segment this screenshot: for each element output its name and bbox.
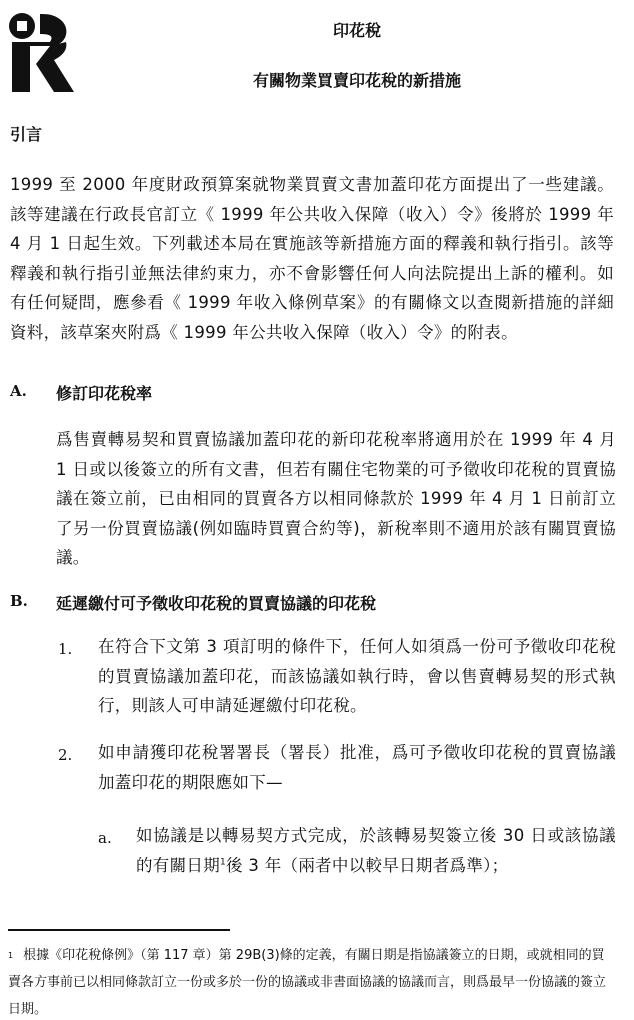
document-subtitle: 有關物業買賣印花稅的新措施 <box>140 68 574 91</box>
item-2a-paragraph: 如協議是以轉易契方式完成，於該轉易契簽立後 30 日或該協議的有關日期1後 3 … <box>136 821 616 880</box>
section-a-label: A. <box>10 382 27 400</box>
intro-heading: 引言 <box>10 122 42 145</box>
item-2a-text-after: 後 3 年（兩者中以較早日期者爲準）； <box>226 856 508 875</box>
intro-paragraph: 1999 至 2000 年度財政預算案就物業買賣文書加蓋印花方面提出了一些建議。… <box>10 170 614 347</box>
item-1-number: 1. <box>58 640 72 658</box>
item-2-paragraph: 如申請獲印花稅署署長（署長）批准，爲可予徵收印花稅的買賣協議加蓋印花的期限應如下… <box>98 738 616 797</box>
section-a-paragraph: 爲售賣轉易契和買賣協議加蓋印花的新印花稅率將適用於在 1999 年 4 月 1 … <box>56 425 616 573</box>
document-title: 印花稅 <box>140 18 574 41</box>
section-b-heading: 延遲繳付可予徵收印花稅的買賣協議的印花稅 <box>56 591 376 614</box>
footnote-marker: 1 <box>8 951 13 960</box>
item-1-paragraph: 在符合下文第 3 項訂明的條件下，任何人如須爲一份可予徵收印花稅的買賣協議加蓋印… <box>98 632 616 721</box>
footnote-divider <box>8 929 230 931</box>
item-2-number: 2. <box>58 746 72 764</box>
ird-logo-icon <box>6 8 76 94</box>
footnote-text: 根據《印花稅條例》（第 117 章）第 29B(3)條的定義，有關日期是指協議簽… <box>8 948 606 1017</box>
footnote: 1根據《印花稅條例》（第 117 章）第 29B(3)條的定義，有關日期是指協議… <box>8 942 608 1020</box>
section-a-heading: 修訂印花稅率 <box>56 381 152 404</box>
item-2a-label: a. <box>98 829 112 847</box>
section-b-label: B. <box>10 592 28 610</box>
